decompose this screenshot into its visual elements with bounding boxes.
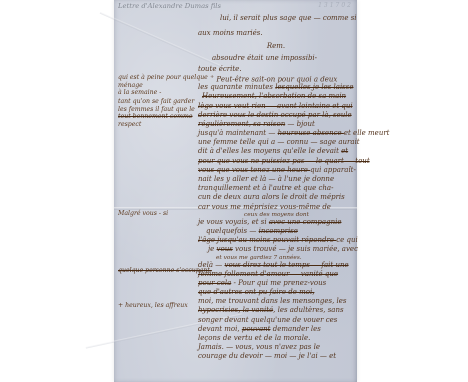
struck-text: lège vous veut rien — avant lointaine et… [198, 102, 353, 110]
manuscript-photo: Lettre d'Alexandre Dumas fils 131702 qui… [0, 0, 468, 382]
struck-text: régulièrement, sa raison [198, 120, 285, 128]
manuscript-line: aux moins mariés. [198, 29, 354, 38]
manuscript-line: devant moi, pouvant demander les [198, 325, 354, 334]
handwritten-text: nait les y aller et là — à l'une je donn… [198, 175, 334, 183]
handwritten-text: aux moins mariés. [198, 29, 263, 37]
handwritten-text: car vous me méprisiez vous-même de [198, 203, 331, 211]
struck-text: lesquelles je les laisse [275, 83, 353, 91]
handwritten-text: qui apparaît- [310, 166, 356, 174]
manuscript-line: quelquefois — incomprise [198, 227, 354, 236]
struck-text: avec une compagnie [269, 218, 342, 226]
manuscript-text-block: lui, il serait plus sage que — comme sia… [198, 10, 354, 362]
handwritten-text: devant moi, [198, 325, 242, 333]
manuscript-line: lège vous veut rien — avant lointaine et… [198, 102, 354, 111]
struck-text: pour que vous ne puissiez pas — le quart… [198, 157, 370, 165]
manuscript-line: tranquillement et à l'autre et que cha- [198, 184, 354, 193]
manuscript-line: absoudre était une impossibi- [198, 54, 354, 63]
handwritten-text: lui, il serait plus sage que — comme si [220, 14, 357, 22]
handwritten-text: quelquefois — [206, 227, 259, 235]
handwritten-text: demander les [271, 325, 321, 333]
manuscript-line: toute écrite. [198, 65, 354, 74]
manuscript-line: je vous vous trouvé — je suis mariée, av… [198, 245, 354, 254]
struck-text: pour cela [198, 279, 231, 287]
manuscript-line: Heureusement, l'absorbation de sa main [198, 92, 354, 101]
manuscript-line: l'âge jusqu'au moins pouvait répondre ce… [198, 236, 354, 245]
pencil-header: Lettre d'Alexandre Dumas fils [118, 2, 268, 10]
struck-text: hypocrisies, la vanité [198, 306, 273, 314]
handwritten-text: Rem. [267, 42, 285, 50]
manuscript-line: je vous voyais, et si avec une compagnie [198, 218, 354, 227]
struck-text: que d'autres ont pu faire de moi, [198, 288, 314, 296]
struck-text: et [341, 147, 348, 155]
handwritten-text: tranquillement et à l'autre et que cha- [198, 184, 333, 192]
manuscript-line: moi, me trouvant dans les mensonges, les [198, 297, 354, 306]
manuscript-line: une femme telle qui a — connu — sage aur… [198, 138, 354, 147]
manuscript-line: régulièrement, sa raison — bjout [198, 120, 354, 129]
handwritten-text: et elle meurt [344, 129, 390, 137]
struck-text: heureuse absence [278, 129, 344, 137]
struck-text: vous que vous tenez une heure [198, 166, 310, 174]
manuscript-line: cun de deux aura alors le droit de mépri… [198, 193, 354, 202]
manuscript-line: + Peut-être sait-on pour quoi a deux [198, 74, 354, 83]
handwritten-text: je vous voyais, et si [198, 218, 269, 226]
handwritten-text: courage du devoir — moi — je l'ai — et [198, 352, 336, 360]
struck-text: vous [217, 245, 233, 253]
handwritten-text: , les adultères, sans [273, 306, 343, 314]
handwritten-text: leçons de vertu et de la morale. [198, 334, 310, 342]
handwritten-text: Peut-être sait-on pour quoi a deux [214, 75, 337, 83]
handwritten-text: les quarante minutes [198, 83, 275, 91]
manuscript-line: pour que vous ne puissiez pas — le quart… [198, 157, 354, 166]
handwritten-text: ce qui [336, 236, 358, 244]
struck-text: incomprise [259, 227, 298, 235]
struck-text: vous direz tout le temps — fait une [225, 261, 349, 269]
struck-text: derrière vous le destin occupé par là, s… [198, 111, 352, 119]
handwritten-text: une femme telle qui a — connu — sage aur… [198, 138, 360, 146]
manuscript-line: derrière vous le destin occupé par là, s… [198, 111, 354, 120]
manuscript-line: leçons de vertu et de la morale. [198, 334, 354, 343]
struck-text: l'âge jusqu'au moins pouvait répondre [198, 236, 336, 244]
corner-number: 131702 [318, 2, 353, 9]
manuscript-line: les quarante minutes lesquelles je les l… [198, 83, 354, 92]
manuscript-line: que d'autres ont pu faire de moi, [198, 288, 354, 297]
handwritten-text: dit à d'elles les moyens qu'elle le deva… [198, 147, 341, 155]
manuscript-page: Lettre d'Alexandre Dumas fils 131702 qui… [114, 0, 357, 382]
handwritten-text: delà — [198, 261, 225, 269]
manuscript-line: pour cela - Pour qui me prenez-vous [198, 279, 354, 288]
handwritten-text: jusqu'à maintenant — [198, 129, 278, 137]
manuscript-line: vous que vous tenez une heure qui appara… [198, 166, 354, 175]
manuscript-line: car vous me méprisiez vous-même de [198, 203, 354, 212]
manuscript-line: lui, il serait plus sage que — comme si [198, 14, 354, 23]
manuscript-line: Jamais. — vous, vous n'avez pas le [198, 343, 354, 352]
handwritten-text: absoudre était une impossibi- [212, 54, 317, 62]
manuscript-line: courage du devoir — moi — je l'ai — et [198, 352, 354, 361]
handwritten-text: - Pour qui me prenez-vous [231, 279, 326, 287]
handwritten-text: Jamais. — vous, vous n'avez pas le [198, 343, 320, 351]
struck-text: Heureusement, l'absorbation de sa main [202, 92, 346, 100]
struck-text: pouvant [242, 325, 271, 333]
handwritten-text: toute écrite. [198, 65, 242, 73]
manuscript-line: songer devant quelqu'une de vouer ces [198, 316, 354, 325]
handwritten-text: moi, me trouvant dans les mensonges, les [198, 297, 347, 305]
manuscript-line: delà — vous direz tout le temps — fait u… [198, 261, 354, 270]
manuscript-line: dit à d'elles les moyens qu'elle le deva… [198, 147, 354, 156]
manuscript-line: jusqu'à maintenant — heureuse absence et… [198, 129, 354, 138]
handwritten-text: — bjout [285, 120, 315, 128]
handwritten-text: vous trouvé — je suis mariée, avec [233, 245, 358, 253]
manuscript-line: nait les y aller et là — à l'une je donn… [198, 175, 354, 184]
handwritten-text: cun de deux aura alors le droit de mépri… [198, 193, 345, 201]
handwritten-text: songer devant quelqu'une de vouer ces [198, 316, 337, 324]
manuscript-line: femme follement d'amour — vanité que [198, 270, 354, 279]
manuscript-line: hypocrisies, la vanité, les adultères, s… [198, 306, 354, 315]
struck-text: femme follement d'amour — vanité que [198, 270, 338, 278]
handwritten-text: je [208, 245, 217, 253]
manuscript-line: Rem. [198, 42, 354, 51]
